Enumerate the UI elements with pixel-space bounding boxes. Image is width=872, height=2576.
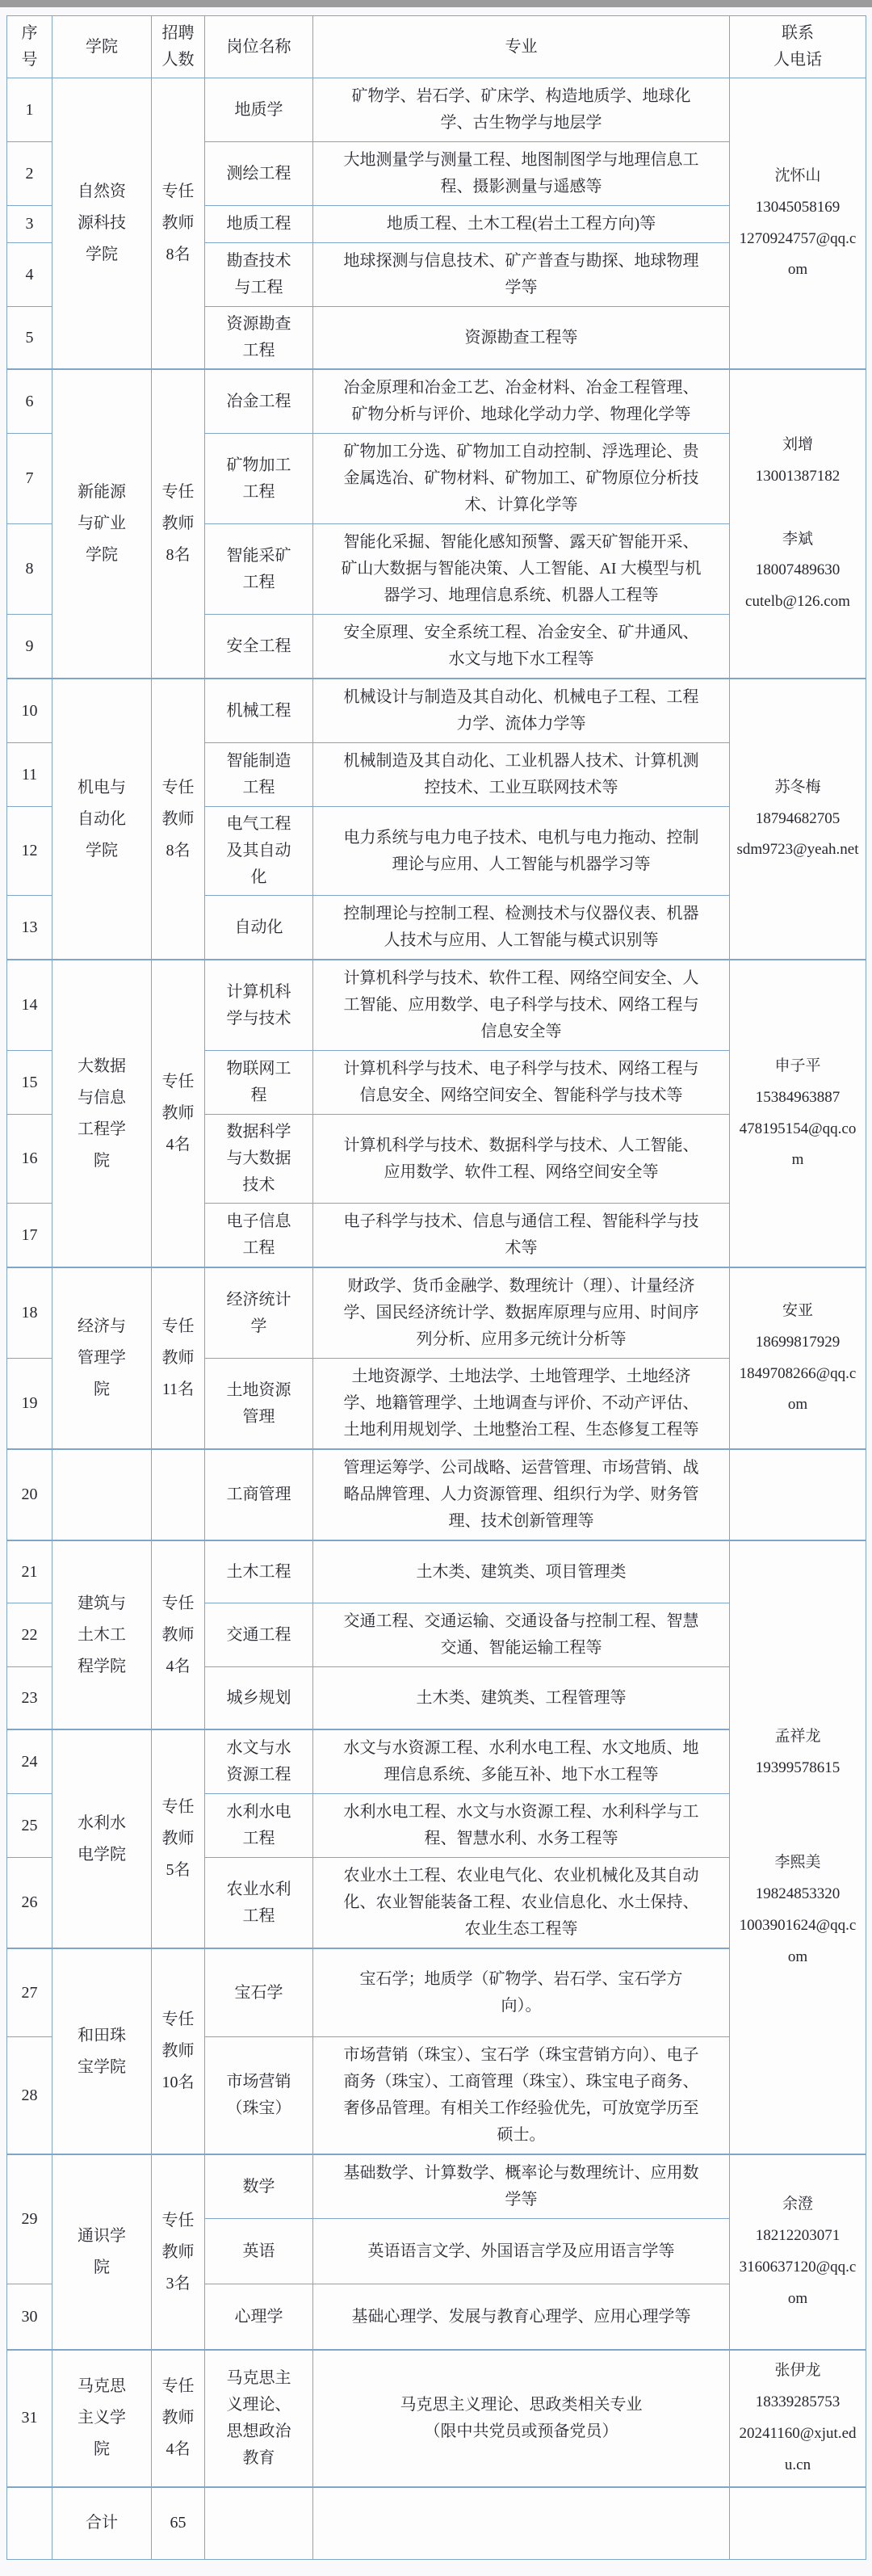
contact-cell: 安亚 18699817929 1849708266@qq.com	[730, 1267, 866, 1449]
major-cell: 市场营销（珠宝）、宝石学（珠宝营销方向）、电子商务（珠宝）、工商管理（珠宝）、珠…	[313, 2037, 730, 2155]
serial-cell: 28	[7, 2037, 52, 2155]
contact-cell: 沈怀山 13045058169 1270924757@qq.com	[730, 78, 866, 370]
serial-cell: 13	[7, 896, 52, 960]
contact-cell: 张伊龙 18339285753 20241160@xjut.edu.cn	[730, 2350, 866, 2487]
col-header-serial: 序 号	[7, 16, 52, 78]
job-cell: 地质工程	[205, 206, 313, 243]
job-cell: 工商管理	[205, 1449, 313, 1540]
serial-cell: 9	[7, 615, 52, 679]
job-cell: 冶金工程	[205, 369, 313, 434]
table-row: 18 经济与管理学院 专任教师11名 经济统计学 财政学、货币金融学、数理统计（…	[7, 1267, 866, 1359]
college-cell: 机电与自动化学院	[52, 679, 152, 960]
job-cell: 物联网工程	[205, 1051, 313, 1115]
job-cell: 经济统计学	[205, 1267, 313, 1359]
job-cell: 土木工程	[205, 1540, 313, 1603]
job-cell: 水利水电工程	[205, 1794, 313, 1858]
job-cell: 马克思主义理论、思想政治教育	[205, 2350, 313, 2487]
contact-cell: 余澄 18212203071 3160637120@qq.com	[730, 2154, 866, 2350]
major-cell: 机械设计与制造及其自动化、机械电子工程、工程力学、流体力学等	[313, 679, 730, 743]
total-label-cell: 合计	[52, 2487, 152, 2560]
major-cell: 资源勘查工程等	[313, 307, 730, 370]
table-row: 10 机电与自动化学院 专任教师8名 机械工程 机械设计与制造及其自动化、机械电…	[7, 679, 866, 743]
major-cell: 电力系统与电力电子技术、电机与电力拖动、控制理论与应用、人工智能与机器学习等	[313, 807, 730, 896]
serial-cell: 31	[7, 2350, 52, 2487]
major-cell: 地球探测与信息技术、矿产普查与勘探、地球物理学等	[313, 243, 730, 307]
major-cell: 农业水土工程、农业电气化、农业机械化及其自动化、农业智能装备工程、农业信息化、水…	[313, 1858, 730, 1949]
job-cell: 城乡规划	[205, 1667, 313, 1730]
serial-cell: 11	[7, 743, 52, 807]
college-cell: 大数据与信息工程学院	[52, 960, 152, 1267]
job-cell: 宝石学	[205, 1948, 313, 2037]
serial-cell: 17	[7, 1204, 52, 1268]
college-cell: 马克思主义学院	[52, 2350, 152, 2487]
serial-cell: 15	[7, 1051, 52, 1115]
col-header-contact: 联系 人电话	[730, 16, 866, 78]
job-cell: 勘查技术与工程	[205, 243, 313, 307]
count-cell	[152, 1449, 205, 1540]
job-cell: 安全工程	[205, 615, 313, 679]
major-cell: 马克思主义理论、思政类相关专业 （限中共党员或预备党员）	[313, 2350, 730, 2487]
count-cell: 专任教师4名	[152, 2350, 205, 2487]
job-cell: 农业水利工程	[205, 1858, 313, 1949]
serial-cell: 6	[7, 369, 52, 434]
major-cell: 财政学、货币金融学、数理统计（理）、计量经济学、国民经济统计学、数据库原理与应用…	[313, 1267, 730, 1359]
serial-cell: 19	[7, 1359, 52, 1450]
serial-cell: 27	[7, 1948, 52, 2037]
major-cell: 英语语言文学、外国语言学及应用语言学等	[313, 2219, 730, 2284]
table-row: 1 自然资源科技学院 专任教师8名 地质学 矿物学、岩石学、矿床学、构造地质学、…	[7, 78, 866, 142]
col-header-college: 学院	[52, 16, 152, 78]
job-cell: 土地资源管理	[205, 1359, 313, 1450]
header-row: 序 号 学院 招聘 人数 岗位名称 专业 联系 人电话	[7, 16, 866, 78]
job-cell: 机械工程	[205, 679, 313, 743]
job-cell: 计算机科学与技术	[205, 960, 313, 1051]
serial-cell: 7	[7, 434, 52, 524]
table-row: 14 大数据与信息工程学院 专任教师4名 计算机科学与技术 计算机科学与技术、软…	[7, 960, 866, 1051]
recruitment-table: 序 号 学院 招聘 人数 岗位名称 专业 联系 人电话 1 自然资源科技学院 专…	[6, 15, 866, 2560]
serial-cell: 29	[7, 2154, 52, 2284]
contact-cell	[730, 1449, 866, 1540]
job-cell: 矿物加工工程	[205, 434, 313, 524]
col-header-major: 专业	[313, 16, 730, 78]
major-cell: 冶金原理和冶金工艺、冶金材料、冶金工程管理、矿物分析与评价、地球化学动力学、物理…	[313, 369, 730, 434]
major-cell: 机械制造及其自动化、工业机器人技术、计算机测控技术、工业互联网技术等	[313, 743, 730, 807]
serial-cell: 18	[7, 1267, 52, 1359]
major-cell: 电子科学与技术、信息与通信工程、智能科学与技术等	[313, 1204, 730, 1268]
table-row: 21 建筑与土木工程学院 专任教师4名 土木工程 土木类、建筑类、项目管理类 孟…	[7, 1540, 866, 1603]
serial-cell: 14	[7, 960, 52, 1051]
count-cell: 专任教师4名	[152, 1540, 205, 1729]
count-cell: 专任教师8名	[152, 679, 205, 960]
job-cell: 英语	[205, 2219, 313, 2284]
college-cell: 建筑与土木工程学院	[52, 1540, 152, 1729]
major-cell: 大地测量学与测量工程、地图制图学与地理信息工程、摄影测量与遥感等	[313, 142, 730, 206]
major-cell: 矿物学、岩石学、矿床学、构造地质学、地球化学、古生物学与地层学	[313, 78, 730, 142]
page-background: 序 号 学院 招聘 人数 岗位名称 专业 联系 人电话 1 自然资源科技学院 专…	[0, 7, 872, 2576]
major-cell: 智能化采掘、智能化感知预警、露天矿智能开采、矿山大数据与智能决策、人工智能、AI…	[313, 524, 730, 615]
job-cell: 测绘工程	[205, 142, 313, 206]
count-cell: 专任教师3名	[152, 2154, 205, 2350]
serial-cell: 5	[7, 307, 52, 370]
major-cell: 安全原理、安全系统工程、冶金安全、矿井通风、水文与地下水工程等	[313, 615, 730, 679]
job-cell: 智能采矿工程	[205, 524, 313, 615]
serial-cell: 25	[7, 1794, 52, 1858]
serial-cell: 30	[7, 2284, 52, 2351]
major-cell: 宝石学；地质学（矿物学、岩石学、宝石学方向）。	[313, 1948, 730, 2037]
major-cell: 基础数学、计算数学、概率论与数理统计、应用数学等	[313, 2154, 730, 2219]
college-cell: 新能源与矿业学院	[52, 369, 152, 679]
major-cell: 交通工程、交通运输、交通设备与控制工程、智慧交通、智能运输工程等	[313, 1603, 730, 1667]
serial-cell: 10	[7, 679, 52, 743]
job-cell: 心理学	[205, 2284, 313, 2351]
table-row: 20 工商管理 管理运筹学、公司战略、运营管理、市场营销、战略品牌管理、人力资源…	[7, 1449, 866, 1540]
college-cell: 自然资源科技学院	[52, 78, 152, 370]
table-row: 31 马克思主义学院 专任教师4名 马克思主义理论、思想政治教育 马克思主义理论…	[7, 2350, 866, 2487]
table-row: 6 新能源与矿业学院 专任教师8名 冶金工程 冶金原理和冶金工艺、冶金材料、冶金…	[7, 369, 866, 434]
college-cell	[52, 1449, 152, 1540]
count-cell: 专任教师8名	[152, 369, 205, 679]
contact-cell: 苏冬梅 18794682705 sdm9723@yeah.net	[730, 679, 866, 960]
major-cell: 基础心理学、发展与教育心理学、应用心理学等	[313, 2284, 730, 2351]
serial-cell: 21	[7, 1540, 52, 1603]
serial-cell: 23	[7, 1667, 52, 1730]
major-cell	[313, 2487, 730, 2560]
job-cell: 数据科学与大数据技术	[205, 1115, 313, 1204]
count-cell: 专任教师8名	[152, 78, 205, 370]
serial-cell: 20	[7, 1449, 52, 1540]
table-row: 29 通识学院 专任教师3名 数学 基础数学、计算数学、概率论与数理统计、应用数…	[7, 2154, 866, 2219]
serial-cell: 1	[7, 78, 52, 142]
contact-cell: 刘增 13001387182 李斌 18007489630 cutelb@126…	[730, 369, 866, 679]
major-cell: 地质工程、土木工程(岩土工程方向)等	[313, 206, 730, 243]
serial-cell: 24	[7, 1729, 52, 1794]
top-edge-strip	[0, 0, 872, 7]
count-cell: 专任教师4名	[152, 960, 205, 1267]
col-header-job: 岗位名称	[205, 16, 313, 78]
serial-cell: 16	[7, 1115, 52, 1204]
total-row: 合计 65	[7, 2487, 866, 2560]
job-cell: 智能制造工程	[205, 743, 313, 807]
job-cell: 市场营销（珠宝）	[205, 2037, 313, 2155]
major-cell: 水利水电工程、水文与水资源工程、水利科学与工程、智慧水利、水务工程等	[313, 1794, 730, 1858]
college-cell: 水利水电学院	[52, 1729, 152, 1948]
count-cell: 专任教师11名	[152, 1267, 205, 1449]
serial-cell: 4	[7, 243, 52, 307]
major-cell: 计算机科学与技术、电子科学与技术、网络工程与信息安全、网络空间安全、智能科学与技…	[313, 1051, 730, 1115]
count-cell: 专任教师10名	[152, 1948, 205, 2154]
contact-cell	[730, 2487, 866, 2560]
major-cell: 计算机科学与技术、数据科学与技术、人工智能、应用数学、软件工程、网络空间安全等	[313, 1115, 730, 1204]
contact-cell: 孟祥龙 19399578615 李熙美 19824853320 10039016…	[730, 1540, 866, 2154]
college-cell: 经济与管理学院	[52, 1267, 152, 1449]
job-cell: 资源勘查工程	[205, 307, 313, 370]
major-cell: 管理运筹学、公司战略、运营管理、市场营销、战略品牌管理、人力资源管理、组织行为学…	[313, 1449, 730, 1540]
contact-cell: 申子平 15384963887 478195154@qq.com	[730, 960, 866, 1267]
job-cell: 数学	[205, 2154, 313, 2219]
serial-cell: 3	[7, 206, 52, 243]
serial-cell	[7, 2487, 52, 2560]
job-cell: 交通工程	[205, 1603, 313, 1667]
serial-cell: 12	[7, 807, 52, 896]
count-cell: 专任教师5名	[152, 1729, 205, 1948]
job-cell: 地质学	[205, 78, 313, 142]
major-cell: 矿物加工分选、矿物加工自动控制、浮选理论、贵金属选冶、矿物材料、矿物加工、矿物原…	[313, 434, 730, 524]
serial-cell: 2	[7, 142, 52, 206]
total-count-cell: 65	[152, 2487, 205, 2560]
job-cell: 水文与水资源工程	[205, 1729, 313, 1794]
job-cell	[205, 2487, 313, 2560]
serial-cell: 22	[7, 1603, 52, 1667]
major-cell: 土木类、建筑类、项目管理类	[313, 1540, 730, 1603]
serial-cell: 8	[7, 524, 52, 615]
job-cell: 自动化	[205, 896, 313, 960]
major-cell: 水文与水资源工程、水利水电工程、水文地质、地理信息系统、多能互补、地下水工程等	[313, 1729, 730, 1794]
job-cell: 电子信息工程	[205, 1204, 313, 1268]
major-cell: 土地资源学、土地法学、土地管理学、土地经济学、地籍管理学、土地调查与评价、不动产…	[313, 1359, 730, 1450]
job-cell: 电气工程及其自动化	[205, 807, 313, 896]
major-cell: 控制理论与控制工程、检测技术与仪器仪表、机器人技术与应用、人工智能与模式识别等	[313, 896, 730, 960]
college-cell: 和田珠宝学院	[52, 1948, 152, 2154]
major-cell: 土木类、建筑类、工程管理等	[313, 1667, 730, 1730]
major-cell: 计算机科学与技术、软件工程、网络空间安全、人工智能、应用数学、电子科学与技术、网…	[313, 960, 730, 1051]
col-header-count: 招聘 人数	[152, 16, 205, 78]
college-cell: 通识学院	[52, 2154, 152, 2350]
serial-cell: 26	[7, 1858, 52, 1949]
